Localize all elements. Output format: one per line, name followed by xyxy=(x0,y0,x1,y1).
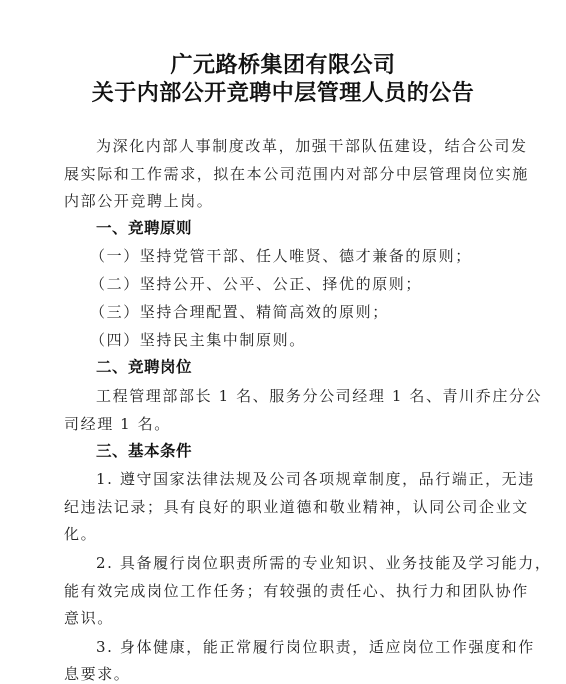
intro-line: 展实际和工作需求，拟在本公司范围内对部分中层管理岗位实施 xyxy=(64,164,529,184)
requirement-line: 3. 身体健康，能正常履行岗位职责，适应岗位工作强度和作 xyxy=(96,637,535,657)
requirement-line: 息要求。 xyxy=(64,664,130,684)
principle-item: （三）坚持合理配置、精简高效的原则； xyxy=(90,302,389,322)
positions-line: 司经理 1 名。 xyxy=(64,414,171,434)
section-heading-positions: 二、竞聘岗位 xyxy=(96,357,192,377)
document-title-subject: 关于内部公开竞聘中层管理人员的公告 xyxy=(0,76,566,107)
requirement-line: 2. 具备履行岗位职责所需的专业知识、业务技能及学习能力， xyxy=(96,553,551,573)
document-title-company: 广元路桥集团有限公司 xyxy=(0,48,566,79)
principle-item: （二）坚持公开、公平、公正、择优的原则； xyxy=(90,274,422,294)
requirement-line: 意识。 xyxy=(64,608,114,628)
positions-line: 工程管理部部长 1 名、服务分公司经理 1 名、青川乔庄分公 xyxy=(96,386,542,406)
principle-item: （一）坚持党管干部、任人唯贤、德才兼备的原则； xyxy=(90,246,472,266)
intro-line: 为深化内部人事制度改革，加强干部队伍建设，结合公司发 xyxy=(96,136,528,156)
requirement-line: 1. 遵守国家法律法规及公司各项规章制度，品行端正，无违 xyxy=(96,469,535,489)
requirement-line: 化。 xyxy=(64,524,97,544)
principle-item: （四）坚持民主集中制原则。 xyxy=(90,330,306,350)
intro-line: 内部公开竞聘上岗。 xyxy=(64,191,213,211)
requirement-line: 纪违法记录；具有良好的职业道德和敬业精神，认同公司企业文 xyxy=(64,497,529,517)
section-heading-principles: 一、竞聘原则 xyxy=(96,218,192,238)
section-heading-requirements: 三、基本条件 xyxy=(96,441,192,461)
requirement-line: 能有效完成岗位工作任务；有较强的责任心、执行力和团队协作 xyxy=(64,581,529,601)
